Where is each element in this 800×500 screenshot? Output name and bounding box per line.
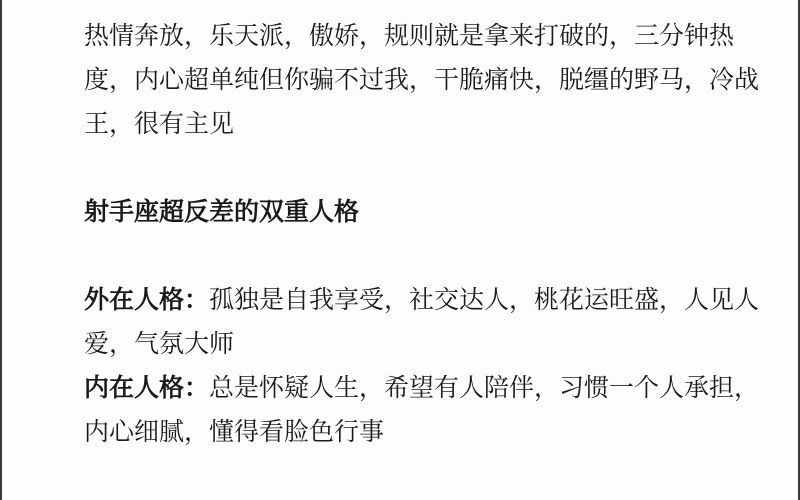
article-body: 热情奔放，乐天派，傲娇，规则就是拿来打破的，三分钟热度，内心超单纯但你骗不过我，… (84, 14, 774, 454)
trait-outer-label: 外在人格： (84, 285, 209, 314)
intro-paragraph: 热情奔放，乐天派，傲娇，规则就是拿来打破的，三分钟热度，内心超单纯但你骗不过我，… (84, 14, 774, 146)
trait-inner-label: 内在人格： (84, 373, 209, 402)
trait-outer: 外在人格：孤独是自我享受，社交达人，桃花运旺盛，人见人爱，气氛大师 (84, 278, 774, 366)
spacer (84, 234, 774, 278)
page-frame: 热情奔放，乐天派，傲娇，规则就是拿来打破的，三分钟热度，内心超单纯但你骗不过我，… (0, 0, 800, 500)
section-heading: 射手座超反差的双重人格 (84, 190, 774, 234)
trait-inner: 内在人格：总是怀疑人生，希望有人陪伴，习惯一个人承担，内心细腻，懂得看脸色行事 (84, 366, 774, 454)
spacer (84, 146, 774, 190)
